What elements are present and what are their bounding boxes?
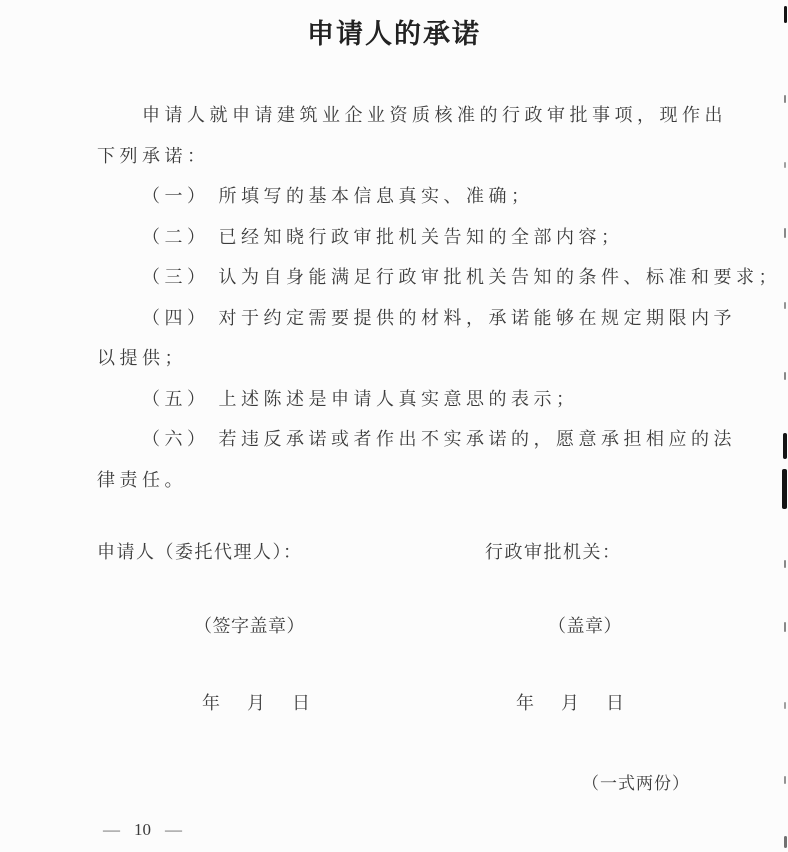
page-number-dash-left: —	[103, 820, 120, 840]
edge-mark	[783, 433, 787, 459]
edge-mark	[784, 228, 786, 238]
copies-note: （一式两份）	[582, 769, 690, 794]
applicant-seal-note: （签字盖章）	[194, 612, 305, 638]
commitment-item-5: （五） 上述陈述是申请人真实意思的表示；	[97, 379, 777, 420]
commitment-item-2: （二） 已经知晓行政审批机关告知的全部内容；	[97, 217, 777, 258]
edge-mark	[784, 95, 786, 103]
scan-edge-artifact	[780, 0, 788, 852]
commitment-item-4-line-1: （四） 对于约定需要提供的材料，承诺能够在规定期限内予	[97, 298, 777, 339]
edge-mark	[784, 6, 787, 23]
edge-mark	[784, 162, 786, 168]
authority-seal-note: （盖章）	[548, 612, 622, 638]
authority-date-line: 年 月 日	[516, 689, 629, 715]
edge-mark	[784, 302, 786, 309]
intro-line-2: 下列承诺：	[97, 136, 777, 177]
edge-mark	[784, 560, 786, 568]
applicant-date-line: 年 月 日	[202, 689, 315, 715]
page-title: 申请人的承诺	[0, 12, 788, 51]
commitment-item-6-line-2: 律责任。	[97, 460, 777, 501]
page-footer: — 10 —	[103, 820, 182, 840]
applicant-signature-label: 申请人（委托代理人）：	[97, 538, 303, 564]
edge-mark	[784, 836, 787, 848]
document-page: 申请人的承诺 申请人就申请建筑业企业资质核准的行政审批事项，现作出 下列承诺： …	[0, 0, 788, 852]
edge-mark	[782, 469, 787, 509]
commitment-item-6-line-1: （六） 若违反承诺或者作出不实承诺的，愿意承担相应的法	[97, 419, 777, 460]
commitment-item-4-line-2: 以提供；	[97, 338, 777, 379]
edge-mark	[784, 776, 786, 784]
page-number: 10	[134, 820, 151, 840]
edge-mark	[784, 702, 786, 709]
intro-line-1: 申请人就申请建筑业企业资质核准的行政审批事项，现作出	[97, 95, 777, 136]
authority-signature-label: 行政审批机关：	[485, 538, 622, 564]
page-number-dash-right: —	[165, 820, 182, 840]
edge-mark	[784, 372, 786, 380]
commitment-item-1: （一） 所填写的基本信息真实、准确；	[97, 176, 777, 217]
commitment-body: 申请人就申请建筑业企业资质核准的行政审批事项，现作出 下列承诺： （一） 所填写…	[97, 95, 777, 500]
edge-mark	[784, 622, 786, 632]
commitment-item-3: （三） 认为自身能满足行政审批机关告知的条件、标准和要求；	[97, 257, 777, 298]
